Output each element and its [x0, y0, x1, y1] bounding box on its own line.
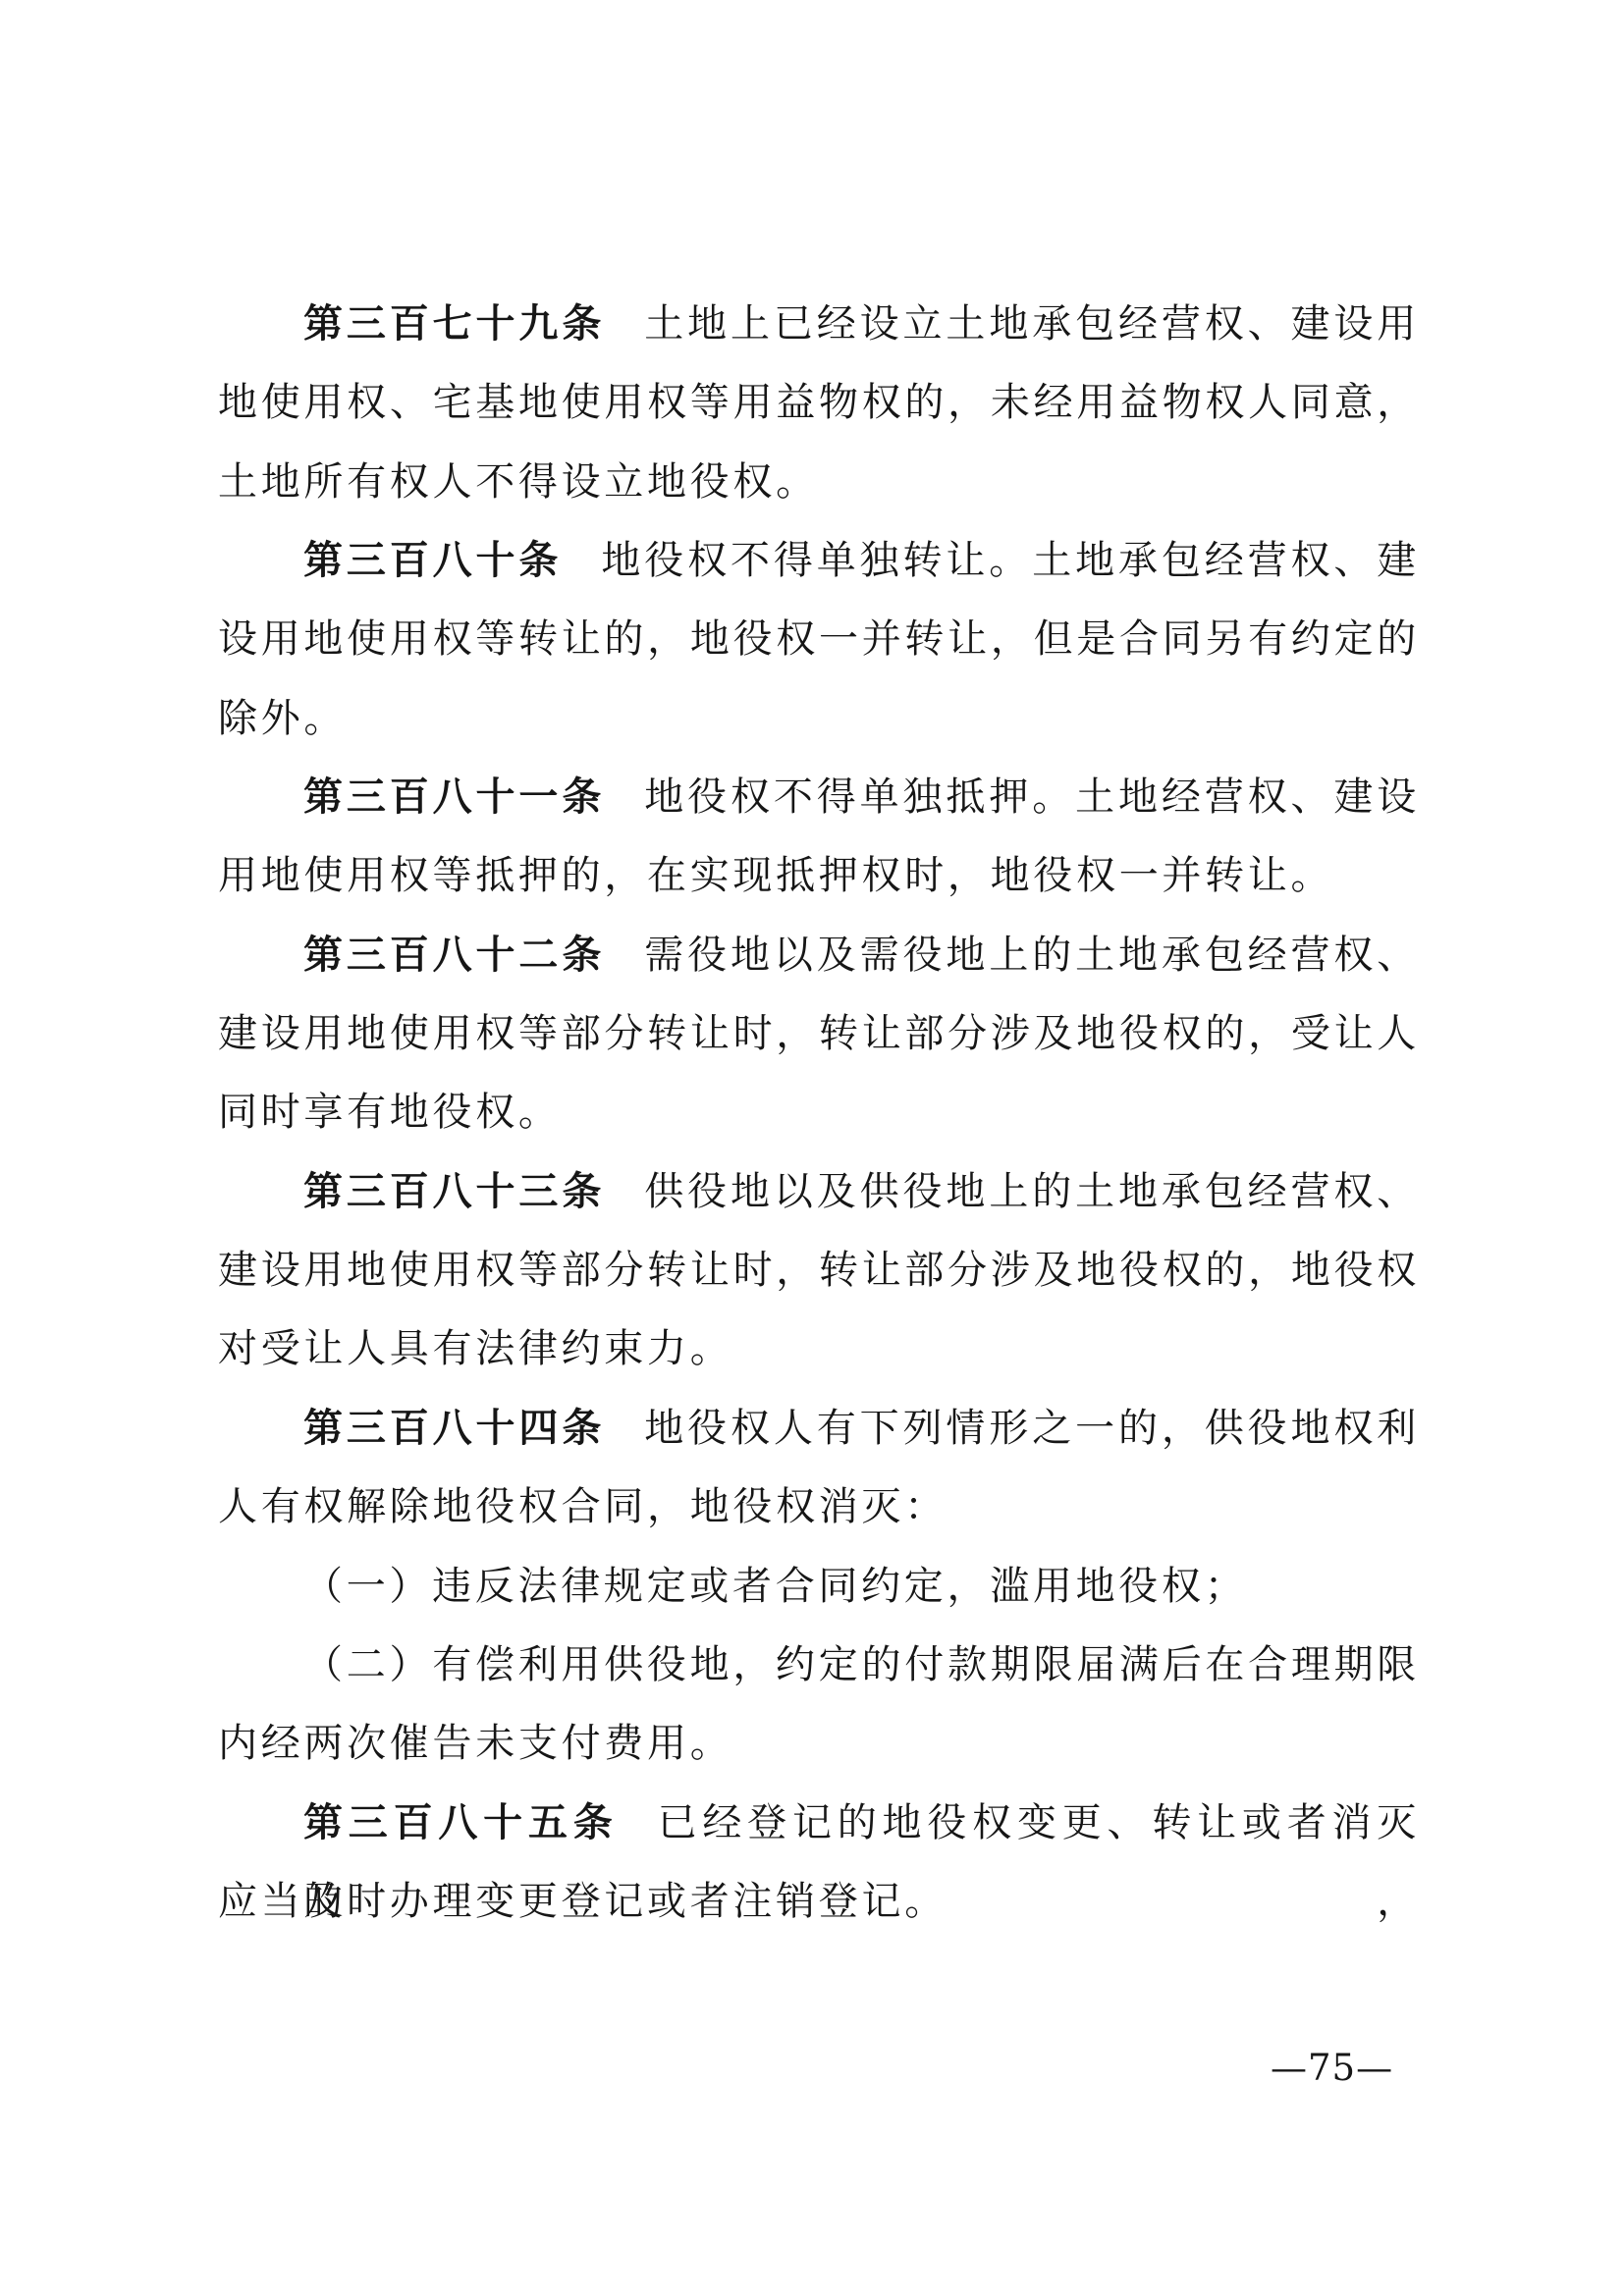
- line-text: 应当及时办理变更登记或者注销登记。: [218, 1879, 947, 1924]
- text-line: 设用地使用权等转让的，地役权一并转让，但是合同另有约定的: [218, 600, 1420, 678]
- text-line: 对受让人具有法律约束力。: [218, 1309, 1420, 1388]
- text-line: 人有权解除地役权合同，地役权消灭：: [218, 1468, 1420, 1546]
- text-line: 除外。: [218, 679, 1420, 758]
- text-line: 同时享有地役权。: [218, 1073, 1420, 1151]
- line-text: 人有权解除地役权合同，地役权消灭：: [218, 1484, 947, 1529]
- text-line: 第三百七十九条土地上已经设立土地承包经营权、建设用: [218, 285, 1420, 363]
- article-number: 第三百八十二条: [303, 933, 605, 978]
- text-line: 内经两次催告未支付费用。: [218, 1704, 1420, 1783]
- line-text: 需役地以及需役地上的土地承包经营权、: [644, 933, 1420, 978]
- line-text: 地役权人有下列情形之一的，供役地权利: [644, 1406, 1420, 1451]
- line-text: 用地使用权等抵押的，在实现抵押权时，地役权一并转让。: [218, 853, 1333, 898]
- line-text: 地役权不得单独转让。土地承包经营权、建: [601, 538, 1420, 583]
- line-text: 土地上已经设立土地承包经营权、建设用: [644, 301, 1420, 347]
- text-line: （一）违反法律规定或者合同约定，滥用地役权；: [218, 1547, 1420, 1626]
- line-text: 内经两次催告未支付费用。: [218, 1721, 732, 1766]
- line-text: （一）违反法律规定或者合同约定，滥用地役权；: [303, 1564, 1247, 1609]
- line-text: 对受让人具有法律约束力。: [218, 1326, 732, 1371]
- text-line: 土地所有权人不得设立地役权。: [218, 443, 1420, 521]
- line-text: 同时享有地役权。: [218, 1090, 562, 1135]
- article-number: 第三百八十四条: [303, 1406, 605, 1451]
- line-text: 设用地使用权等转让的，地役权一并转让，但是合同另有约定的: [218, 616, 1420, 662]
- article-number: 第三百八十三条: [303, 1169, 605, 1214]
- text-line: 第三百八十四条地役权人有下列情形之一的，供役地权利: [218, 1389, 1420, 1468]
- document-page: 第三百七十九条土地上已经设立土地承包经营权、建设用 地使用权、宅基地使用权等用益…: [0, 0, 1624, 2296]
- line-text: 供役地以及供役地上的土地承包经营权、: [644, 1169, 1420, 1214]
- text-line: 第三百八十二条需役地以及需役地上的土地承包经营权、: [218, 916, 1420, 994]
- text-line: 地使用权、宅基地使用权等用益物权的，未经用益物权人同意，: [218, 363, 1420, 442]
- line-text: （二）有偿利用供役地，约定的付款期限届满后在合理期限: [303, 1642, 1420, 1687]
- page-number: —75—: [1271, 2049, 1393, 2088]
- law-text-block: 第三百七十九条土地上已经设立土地承包经营权、建设用 地使用权、宅基地使用权等用益…: [218, 285, 1420, 1941]
- article-number: 第三百八十五条: [303, 1800, 619, 1845]
- line-text: 地使用权、宅基地使用权等用益物权的，未经用益物权人同意，: [218, 380, 1420, 425]
- text-line: 建设用地使用权等部分转让时，转让部分涉及地役权的，受让人: [218, 994, 1420, 1073]
- text-line: 用地使用权等抵押的，在实现抵押权时，地役权一并转让。: [218, 836, 1420, 915]
- text-line: 第三百八十三条供役地以及供役地上的土地承包经营权、: [218, 1152, 1420, 1231]
- text-line: 建设用地使用权等部分转让时，转让部分涉及地役权的，地役权: [218, 1231, 1420, 1309]
- line-text: 建设用地使用权等部分转让时，转让部分涉及地役权的，受让人: [218, 1011, 1420, 1056]
- article-number: 第三百八十条: [303, 538, 562, 583]
- text-line: 第三百八十一条地役权不得单独抵押。土地经营权、建设: [218, 758, 1420, 836]
- text-line: 第三百八十条地役权不得单独转让。土地承包经营权、建: [218, 521, 1420, 600]
- article-number: 第三百八十一条: [303, 774, 605, 820]
- line-text: 地役权不得单独抵押。土地经营权、建设: [644, 774, 1420, 820]
- line-text: 建设用地使用权等部分转让时，转让部分涉及地役权的，地役权: [218, 1248, 1420, 1293]
- text-line: （二）有偿利用供役地，约定的付款期限届满后在合理期限: [218, 1626, 1420, 1704]
- line-text: 土地所有权人不得设立地役权。: [218, 459, 819, 505]
- line-text: 除外。: [218, 696, 347, 741]
- article-number: 第三百七十九条: [303, 301, 605, 347]
- text-line: 第三百八十五条已经登记的地役权变更、转让或者消灭的，: [218, 1784, 1420, 1862]
